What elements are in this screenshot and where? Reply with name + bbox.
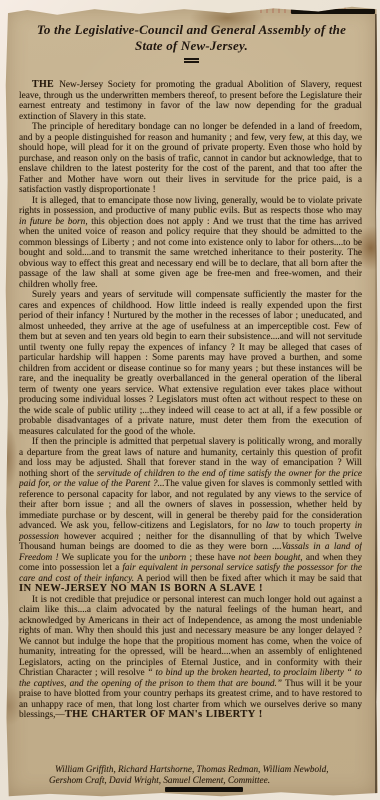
bottom-rule bbox=[165, 787, 243, 792]
paragraph-3: It is alleged, that to emancipate those … bbox=[19, 196, 362, 291]
title-ornament bbox=[184, 58, 199, 63]
document-body: THE New-Jersey Society for promoting the… bbox=[19, 80, 362, 759]
paragraph-5: If then the principle is admitted that p… bbox=[19, 437, 362, 595]
top-right-rule bbox=[291, 9, 375, 14]
paragraph-6: It is not credible that prejudice or per… bbox=[19, 595, 362, 721]
newspaper-clipping: To the Legislative-Council and General A… bbox=[5, 6, 378, 797]
paragraph-4: Surely years and years of servitude will… bbox=[19, 290, 362, 437]
paragraph-1: THE New-Jersey Society for promoting the… bbox=[19, 80, 362, 122]
paragraph-2: The principle of hereditary bondage can … bbox=[19, 122, 362, 196]
committee-signatures: William Griffith, Richard Hartshorne, Th… bbox=[49, 764, 360, 785]
title-line-1: To the Legislative-Council and General A… bbox=[19, 22, 364, 38]
title-line-2: State of New-Jersey. bbox=[19, 38, 364, 54]
right-column-rule bbox=[375, 14, 377, 797]
document-title: To the Legislative-Council and General A… bbox=[19, 22, 364, 54]
